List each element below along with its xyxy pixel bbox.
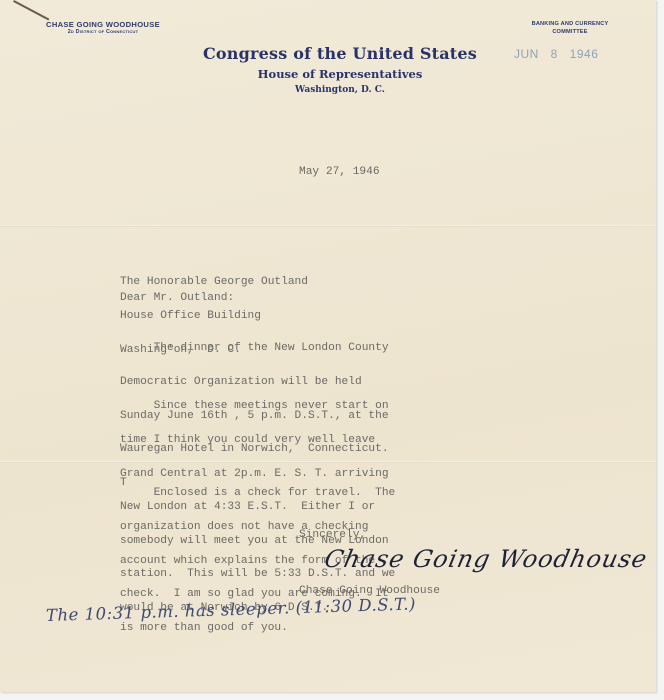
- handwritten-signature: Chase Going Woodhouse: [322, 545, 650, 573]
- received-date-stamp: JUN 8 1946: [514, 47, 598, 61]
- sender-district: 2d District of Connecticut: [32, 29, 174, 35]
- fold-line: [0, 225, 656, 227]
- text-line: Enclosed is a check for travel. The: [120, 488, 395, 499]
- address-line: The Honorable George Outland: [120, 277, 308, 288]
- committee-line-2: COMMITTEE: [510, 28, 630, 36]
- letter-page: CHASE GOING WOODHOUSE 2d District of Con…: [0, 0, 656, 692]
- paperclip-mark: [13, 0, 49, 21]
- letter-date: May 27, 1946: [299, 167, 380, 178]
- text-line: Since these meetings never start on: [120, 401, 395, 412]
- text-line: is more than good of you.: [120, 623, 395, 634]
- text-line: time I think you could very well leave: [120, 435, 395, 446]
- text-line: The dinner of the New London County: [120, 343, 389, 354]
- letterhead-title: Congress of the United States: [190, 44, 490, 63]
- sender-name: CHASE GOING WOODHOUSE: [32, 20, 174, 29]
- closing: Sincerely,: [299, 530, 366, 541]
- committee-label: BANKING AND CURRENCY COMMITTEE: [510, 20, 630, 36]
- committee-line-1: BANKING AND CURRENCY: [510, 20, 630, 28]
- letterhead-city: Washington, D. C.: [190, 85, 490, 95]
- salutation: Dear Mr. Outland:: [120, 293, 234, 304]
- letterhead-house: House of Representatives: [190, 67, 490, 81]
